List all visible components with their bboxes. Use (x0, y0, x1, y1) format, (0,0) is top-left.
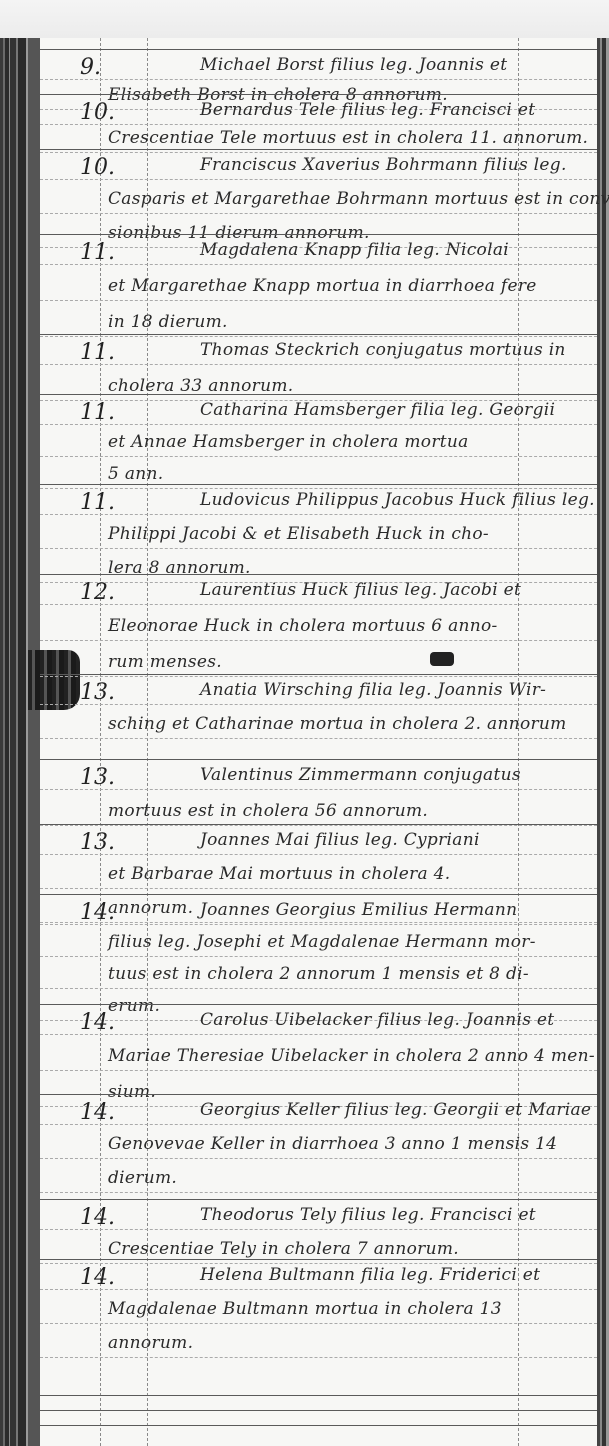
entry-text-line: Genovevae Keller in diarrhoea 3 anno 1 m… (108, 1134, 557, 1154)
entry-text-line: dierum. (108, 1168, 177, 1188)
rule-line (40, 1070, 597, 1071)
entry-text-line: filius leg. Josephi et Magdalenae Herman… (108, 932, 536, 952)
rule-line (40, 179, 597, 180)
rule-line (40, 124, 597, 125)
binding-shadow (28, 650, 80, 710)
rule-line (40, 1034, 597, 1035)
entry-divider (40, 674, 597, 675)
entry-text-line: Laurentius Huck filius leg. Jacobi et (200, 580, 521, 600)
entry-text-line: 5 ann. (108, 464, 163, 484)
entry-text-line: et Annae Hamsberger in cholera mortua (108, 432, 469, 452)
entry-day: 13. (80, 830, 115, 855)
entry-text-line: Theodorus Tely filius leg. Francisci et (200, 1205, 536, 1225)
entry-day: 14. (80, 1010, 115, 1035)
entry-text-line: Joannes Mai filius leg. Cypriani (200, 830, 480, 850)
rule-line (40, 152, 597, 153)
rule-line (40, 1410, 597, 1411)
entry-text-line: annorum. (108, 898, 193, 918)
entry-text-line: lera 8 annorum. (108, 558, 251, 578)
column-rule (147, 38, 148, 1446)
entry-text-line: Crescentiae Tele mortuus est in cholera … (108, 128, 588, 148)
entry-text-line: erum. (108, 996, 160, 1016)
entry-text-line: sium. (108, 1082, 156, 1102)
entry-text-line: Franciscus Xaverius Bohrmann filius leg. (200, 155, 567, 175)
rule-line (40, 924, 597, 925)
rule-line (40, 424, 597, 425)
entry-text-line: Helena Bultmann filia leg. Friderici et (200, 1265, 540, 1285)
entry-text-line: Magdalena Knapp filia leg. Nicolai (200, 240, 509, 260)
entry-text-line: Anatia Wirsching filia leg. Joannis Wir- (200, 680, 546, 700)
entry-day: 10. (80, 155, 115, 180)
rule-line (40, 676, 597, 677)
rule-line (40, 264, 597, 265)
entry-day: 14. (80, 1265, 115, 1290)
entry-day: 13. (80, 765, 115, 790)
entry-day: 10. (80, 100, 115, 125)
entry-day: 11. (80, 400, 115, 425)
rule-line (40, 336, 597, 337)
rule-line (40, 789, 597, 790)
rule-line (40, 1192, 597, 1193)
entry-text-line: in 18 dierum. (108, 312, 228, 332)
entry-divider (40, 234, 597, 235)
entry-text-line: Ludovicus Philippus Jacobus Huck filius … (200, 490, 595, 510)
entry-divider (40, 1199, 597, 1200)
rule-line (40, 1229, 597, 1230)
entry-text-line: Georgius Keller filius leg. Georgii et M… (200, 1100, 591, 1120)
rule-line (40, 988, 597, 989)
entry-divider (40, 1094, 597, 1095)
entry-text-line: Magdalenae Bultmann mortua in cholera 13 (108, 1299, 502, 1319)
entry-text-line: Valentinus Zimmermann conjugatus (200, 765, 521, 785)
scan-top-margin (0, 0, 609, 38)
entry-text-line: tuus est in cholera 2 annorum 1 mensis e… (108, 964, 529, 984)
entry-divider (40, 894, 597, 895)
entry-text-line: annorum. (108, 1333, 193, 1353)
rule-line (40, 364, 597, 365)
rule-line (40, 213, 597, 214)
entry-text-line: Eleonorae Huck in cholera mortuus 6 anno… (108, 616, 498, 636)
rule-line (40, 456, 597, 457)
entry-day: 13. (80, 680, 115, 705)
entry-divider (40, 574, 597, 575)
entry-divider (40, 149, 597, 150)
entry-text-line: Mariae Theresiae Uibelacker in cholera 2… (108, 1046, 595, 1066)
rule-line (40, 1124, 597, 1125)
entry-text-line: Joannes Georgius Emilius Hermann (200, 900, 517, 920)
rule-line (40, 922, 597, 923)
entry-divider (40, 94, 597, 95)
entry-text-line: Philippi Jacobi & et Elisabeth Huck in c… (108, 524, 489, 544)
page-right-edge (597, 38, 609, 1446)
rule-line (40, 640, 597, 641)
entry-divider (40, 1259, 597, 1260)
rule-line (40, 604, 597, 605)
rule-line (40, 956, 597, 957)
rule-line (40, 1158, 597, 1159)
rule-line (40, 79, 597, 80)
entry-text-line: Catharina Hamsberger filia leg. Georgii (200, 400, 555, 420)
rule-line (40, 854, 597, 855)
entry-text-line: Thomas Steckrich conjugatus mortuus in (200, 340, 566, 360)
rule-line (40, 825, 597, 826)
entry-divider (40, 334, 597, 335)
entry-text-line: Carolus Uibelacker filius leg. Joannis e… (200, 1010, 554, 1030)
rule-line (40, 888, 597, 889)
entry-day: 14. (80, 900, 115, 925)
rule-line (40, 1323, 597, 1324)
entry-text-line: et Barbarae Mai mortuus in cholera 4. (108, 864, 451, 884)
entry-divider (40, 394, 597, 395)
entry-text-line: mortuus est in cholera 56 annorum. (108, 801, 428, 821)
entry-text-line: Crescentiae Tely in cholera 7 annorum. (108, 1239, 459, 1259)
entry-divider (40, 484, 597, 485)
rule-line (40, 488, 597, 489)
rule-line (40, 300, 597, 301)
entry-text-line: Casparis et Margarethae Bohrmann mortuus… (108, 189, 609, 209)
entry-day: 11. (80, 340, 115, 365)
entry-divider (40, 759, 597, 760)
entry-text-line: Michael Borst filius leg. Joannis et (200, 55, 507, 75)
entry-day: 9. (80, 55, 101, 80)
rule-line (40, 1425, 597, 1426)
rule-line (40, 548, 597, 549)
entry-day: 14. (80, 1205, 115, 1230)
entry-divider (40, 1004, 597, 1005)
column-rule (518, 38, 519, 1446)
rule-line (40, 1395, 597, 1396)
entry-day: 14. (80, 1100, 115, 1125)
entry-text-line: et Margarethae Knapp mortua in diarrhoea… (108, 276, 537, 296)
entry-divider (40, 49, 597, 50)
rule-line (40, 704, 597, 705)
ink-blot (430, 652, 454, 666)
rule-line (40, 1263, 597, 1264)
rule-line (40, 1357, 597, 1358)
entry-text-line: rum menses. (108, 652, 222, 672)
entry-text-line: sching et Catharinae mortua in cholera 2… (108, 714, 567, 734)
entry-day: 11. (80, 490, 115, 515)
entry-day: 12. (80, 580, 115, 605)
entry-text-line: Bernardus Tele filius leg. Francisci et (200, 100, 535, 120)
entry-text-line: cholera 33 annorum. (108, 376, 293, 396)
book-binding-edge (0, 38, 40, 1446)
entry-divider (40, 824, 597, 825)
rule-line (40, 738, 597, 739)
rule-line (40, 1289, 597, 1290)
entry-day: 11. (80, 240, 115, 265)
rule-line (40, 514, 597, 515)
